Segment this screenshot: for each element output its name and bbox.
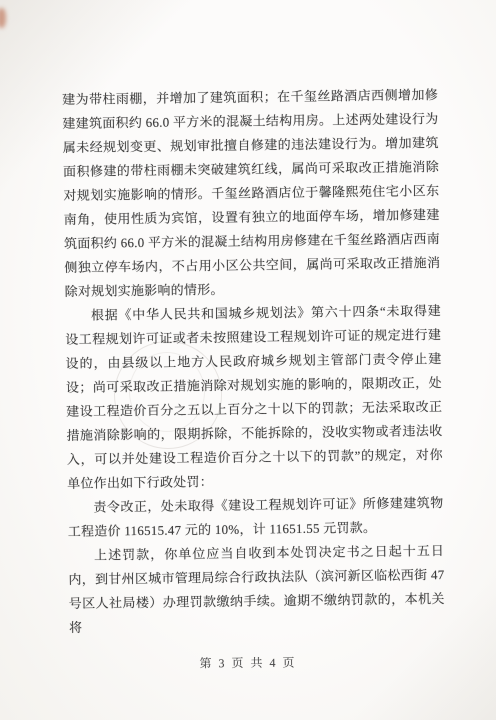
scanned-penalty-document-page: 建为带柱雨棚，并增加了建筑面积；在千玺丝路酒店西侧增加修建建筑面积约 66.0 … (0, 0, 496, 720)
page-number: 第 3 页 共 4 页 (0, 653, 496, 673)
body-paragraph-payment-instructions: 上述罚款，你单位应当自收到本处罚决定书之日起十五日内，到甘州区城市管理局综合行政… (68, 539, 445, 640)
body-paragraph-legal-basis: 根据《中华人民共和国城乡规划法》第六十四条“未取得建设工程规划许可证或者未按照建… (65, 299, 443, 496)
document-body: 建为带柱雨棚，并增加了建筑面积；在千玺丝路酒店西侧增加修建建筑面积约 66.0 … (62, 83, 445, 640)
body-paragraph-penalty-decision: 责令改正，处未取得《建设工程规划许可证》所修建建筑物工程造价 116515.47… (67, 491, 444, 544)
scan-artifact-mark (0, 8, 6, 28)
body-paragraph-continuation: 建为带柱雨棚，并增加了建筑面积；在千玺丝路酒店西侧增加修建建筑面积约 66.0 … (62, 83, 441, 304)
